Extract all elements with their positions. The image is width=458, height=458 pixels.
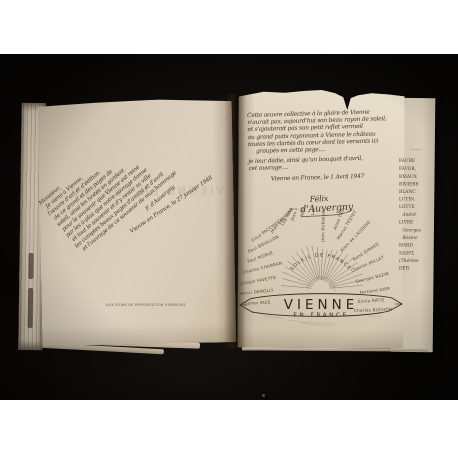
- banner-title: VIENNE: [284, 297, 358, 313]
- arc-motto: SOLEIL DE FRANCE: [289, 252, 353, 272]
- name-fragment: RIVIERE: [399, 180, 431, 188]
- name-fragment: LIVRE: [399, 218, 431, 226]
- name-fragment: FAURE: [399, 157, 431, 165]
- name-fragment: LUTIN,: [399, 195, 431, 203]
- name-fragment: SAINT,: [399, 249, 431, 257]
- dust-speck: [262, 394, 265, 397]
- contributor-name: Charles BUCHON: [354, 307, 392, 313]
- book-photograph: Monsieur, Je viens à Vienne, l'œuvre d'a…: [0, 54, 458, 400]
- contributor-name: Henri DENOLLY: [240, 287, 275, 296]
- name-fragment: André: [399, 211, 435, 219]
- name-fragment: FAVOR,: [399, 165, 431, 173]
- edge-page-name-list: ——— FAURE FAVOR, RMAUX RIVIERE BLANC LUT…: [399, 146, 434, 272]
- edge-page-text-wrap: ——— FAURE FAVOR, RMAUX RIVIERE BLANC LUT…: [399, 146, 434, 272]
- banner-subtitle: EN FRANCE: [293, 313, 348, 319]
- printer-imprint: AUX SOINS DE PRÉSENTATION VIENNOISE: [106, 303, 186, 307]
- contributor-name: Fernand GIER: [359, 286, 390, 295]
- edge-page-rule: ———: [399, 146, 434, 154]
- edge-smudge: [28, 288, 34, 328]
- name-fragment: DER.: [399, 264, 431, 272]
- name-fragment: Rosine: [399, 234, 435, 242]
- name-fragment: RMAUX: [399, 172, 431, 180]
- right-page-bottom-edge: [242, 347, 428, 351]
- contributor-name: Émile RATIE: [358, 297, 385, 304]
- sunburst-emblem: SOLEIL DE FRANCE charles BUIS Henri DENO…: [236, 208, 413, 328]
- name-fragment: (Thérèse: [399, 257, 431, 265]
- product-photo-canvas: Monsieur, Je viens à Vienne, l'œuvre d'a…: [0, 0, 458, 458]
- radiating-names-left: charles BUIS Henri DENOLLY Joseph FAVETT…: [239, 216, 285, 306]
- contributor-name: Jean BURNIER: [320, 210, 326, 243]
- edge-smudge: [28, 253, 33, 279]
- title-show-through: VIENNE EN FRANCE: [88, 184, 224, 199]
- contributor-name: Georges BAZIN: [355, 271, 389, 284]
- contributor-name: Amélie FAVRE: [299, 208, 310, 217]
- handwritten-dedication: Cette œuvre collective à la gloire de Vi…: [247, 109, 399, 184]
- name-fragment: LOTTE: [399, 203, 431, 211]
- name-fragment: HARD: [399, 241, 431, 249]
- contributor-name: Joseph FAVETTE: [239, 275, 276, 286]
- name-fragment: BLANC: [399, 188, 431, 196]
- contributor-name: Louis HELVEL: [310, 208, 317, 215]
- name-fragment: Georges: [399, 226, 435, 234]
- printer-imprint-wrap: AUX SOINS DE PRÉSENTATION VIENNOISE: [106, 303, 186, 307]
